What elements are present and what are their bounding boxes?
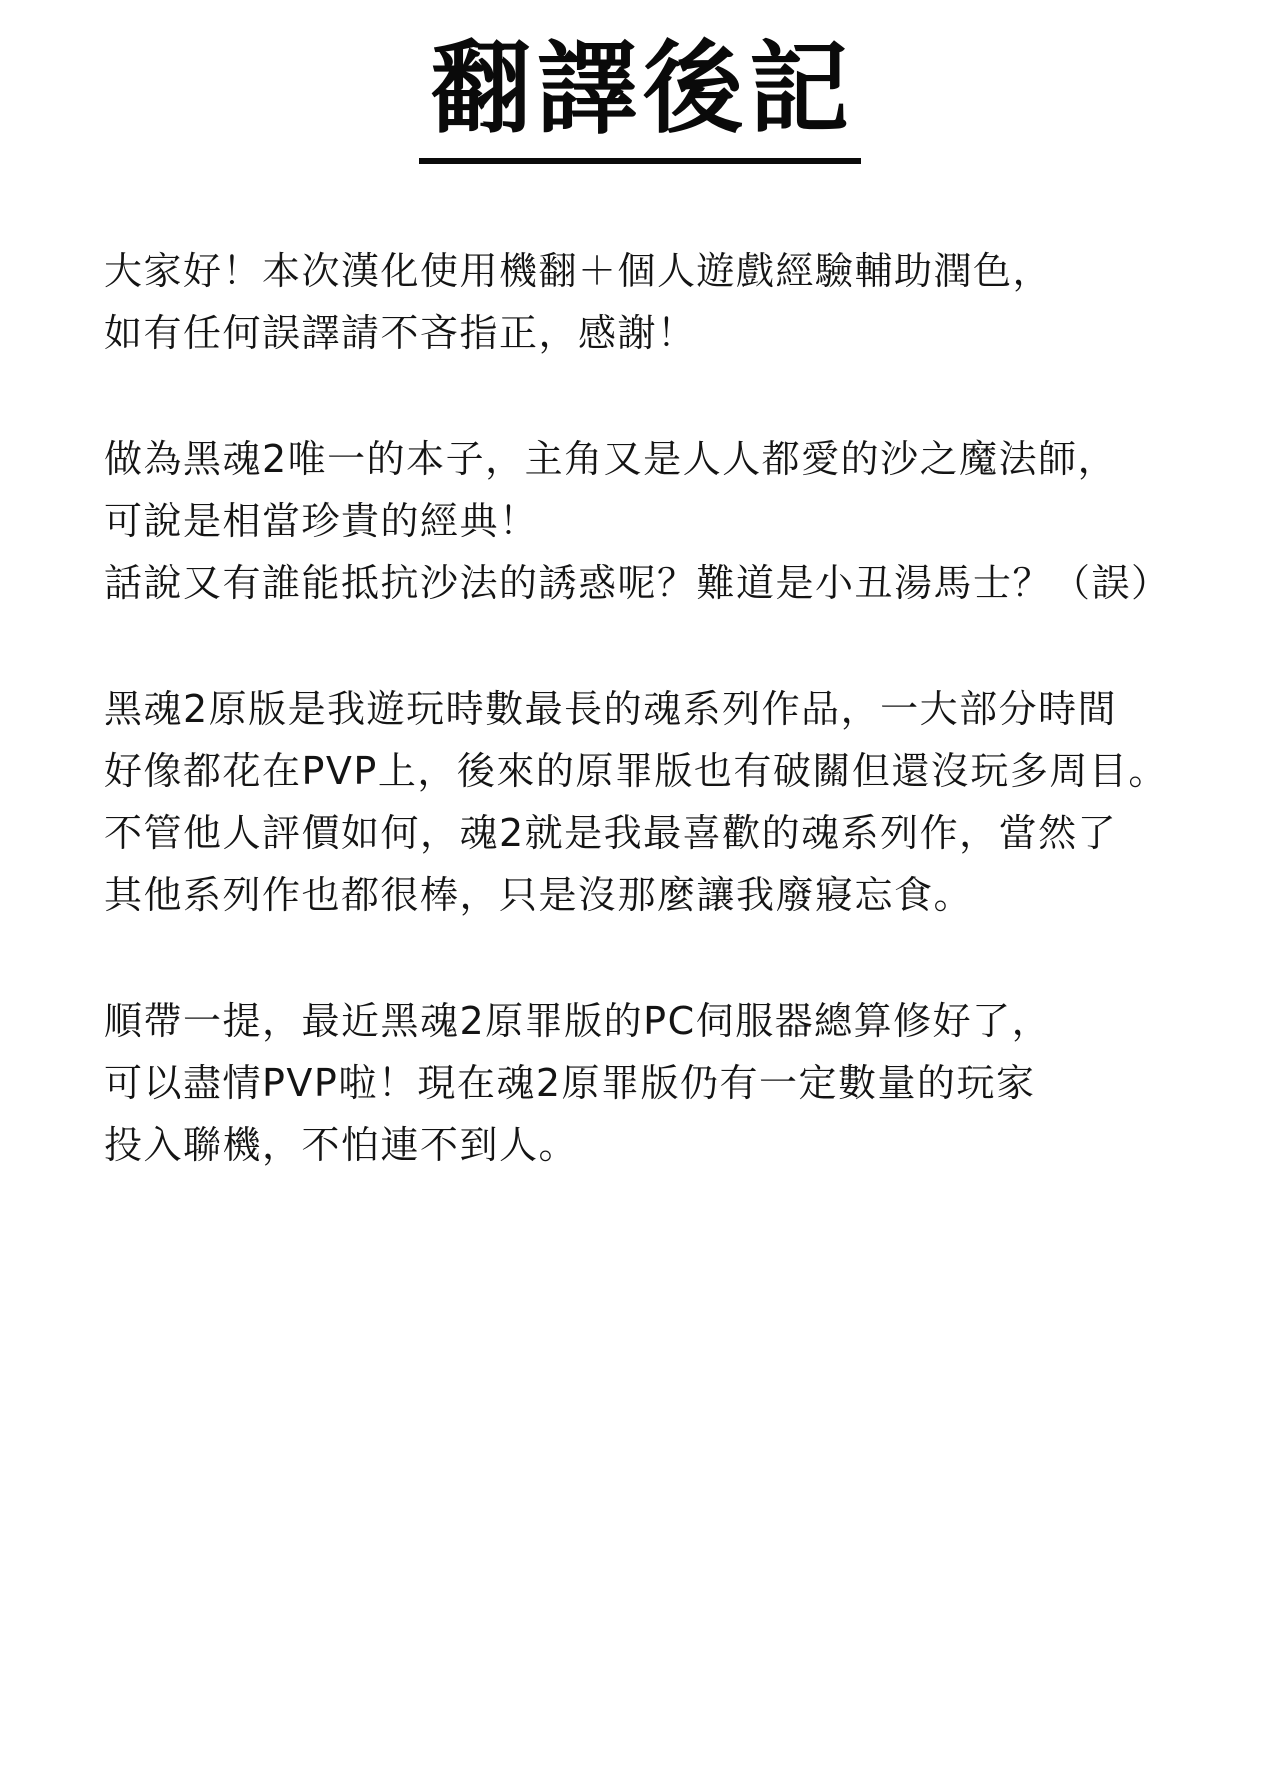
- afterword-body: 大家好！本次漢化使用機翻＋個人遊戲經驗輔助潤色， 如有任何誤譯請不吝指正，感謝！…: [0, 240, 1280, 1176]
- paragraph-game-experience: 黑魂2原版是我遊玩時數最長的魂系列作品，一大部分時間 好像都花在PVP上，後來的…: [104, 678, 1200, 926]
- text-line: 順帶一提，最近黑魂2原罪版的PC伺服器總算修好了，: [104, 990, 1200, 1052]
- text-line: 話說又有誰能抵抗沙法的誘惑呢？難道是小丑湯馬士？（誤）: [104, 552, 1200, 614]
- afterword-page: 翻譯後記 大家好！本次漢化使用機翻＋個人遊戲經驗輔助潤色， 如有任何誤譯請不吝指…: [0, 0, 1280, 1790]
- text-line: 好像都花在PVP上，後來的原罪版也有破關但還沒玩多周目。: [104, 740, 1200, 802]
- text-line: 黑魂2原版是我遊玩時數最長的魂系列作品，一大部分時間: [104, 678, 1200, 740]
- paragraph-server-news: 順帶一提，最近黑魂2原罪版的PC伺服器總算修好了， 可以盡情PVP啦！現在魂2原…: [104, 990, 1200, 1176]
- text-line: 不管他人評價如何，魂2就是我最喜歡的魂系列作，當然了: [104, 802, 1200, 864]
- paragraph-greeting: 大家好！本次漢化使用機翻＋個人遊戲經驗輔助潤色， 如有任何誤譯請不吝指正，感謝！: [104, 240, 1200, 364]
- text-line: 可說是相當珍貴的經典！: [104, 490, 1200, 552]
- text-line: 大家好！本次漢化使用機翻＋個人遊戲經驗輔助潤色，: [104, 240, 1200, 302]
- text-line: 其他系列作也都很棒，只是沒那麼讓我廢寢忘食。: [104, 864, 1200, 926]
- text-line: 投入聯機，不怕連不到人。: [104, 1114, 1200, 1176]
- text-line: 做為黑魂2唯一的本子，主角又是人人都愛的沙之魔法師，: [104, 428, 1200, 490]
- text-line: 可以盡情PVP啦！現在魂2原罪版仍有一定數量的玩家: [104, 1052, 1200, 1114]
- text-line: 如有任何誤譯請不吝指正，感謝！: [104, 302, 1200, 364]
- page-title: 翻譯後記: [419, 34, 861, 164]
- paragraph-about-book: 做為黑魂2唯一的本子，主角又是人人都愛的沙之魔法師， 可說是相當珍貴的經典！ 話…: [104, 428, 1200, 614]
- title-area: 翻譯後記: [0, 0, 1280, 164]
